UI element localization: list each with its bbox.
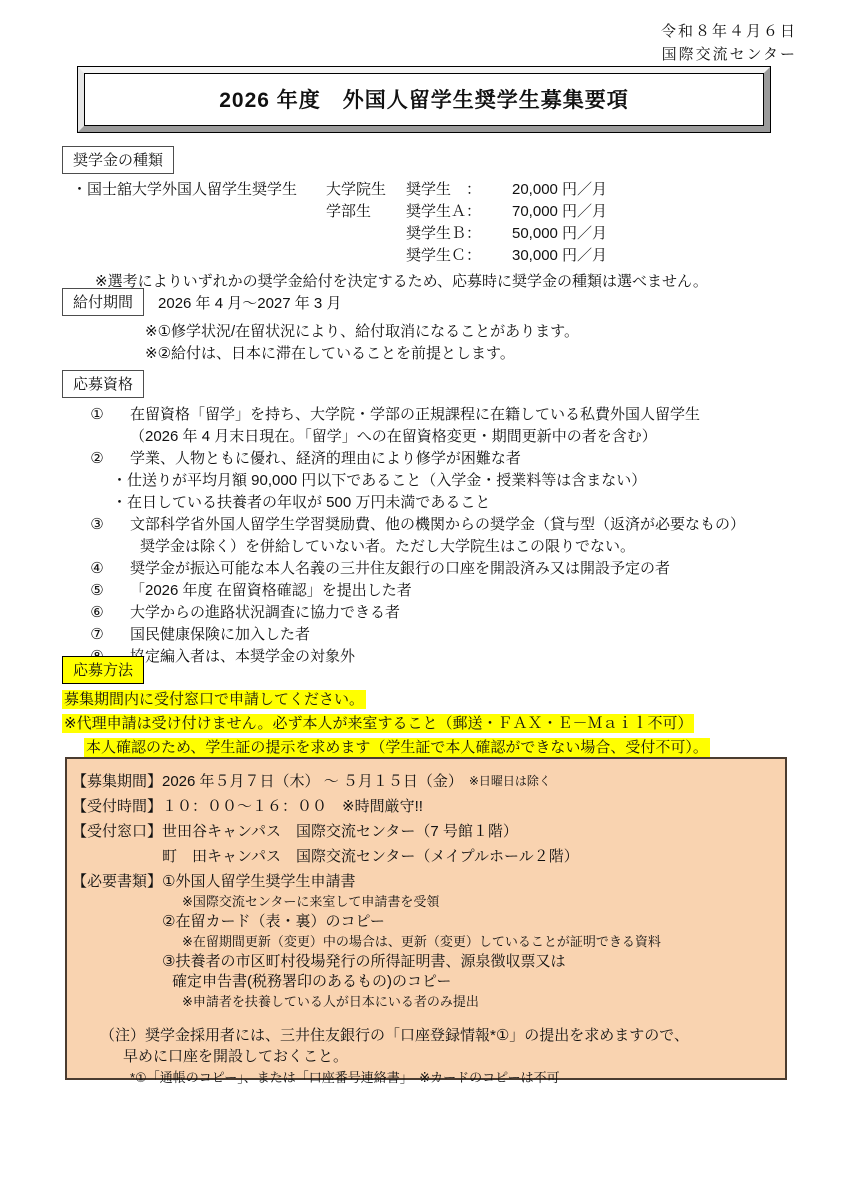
row-value: 2026 年５月７日（木） ～ ５月１５日（金） — [162, 771, 463, 792]
type-label: 奨学生Ｃ： — [406, 245, 498, 267]
list-item: ④ 奨学金が振込可能な本人名義の三井住友銀行の口座を開設済み又は開設予定の者 — [62, 558, 802, 580]
list-item: ⑥ 大学からの進路状況調査に協力できる者 — [62, 602, 802, 624]
doc-note: ※在留期間更新（変更）中の場合は、更新（変更）していることが証明できる資料 — [72, 932, 775, 952]
section-payment-period: 給付期間 2026 年 4 月～2027 年 3 月 ※①修学状況/在留状況によ… — [62, 288, 802, 365]
eligibility-list: ① 在留資格「留学」を持ち、大学院・学部の正規課程に在籍している私費外国人留学生… — [62, 404, 802, 668]
highlighted-text: ※代理申請は受け付けません。必ず本人が来室すること（郵送・ＦＡＸ・Ｅ－Ｍａｉｌ不… — [62, 714, 694, 733]
payment-period-value: 2026 年 4 月～2027 年 3 月 — [158, 292, 341, 313]
doc-note: ※国際交流センターに来室して申請書を受領 — [72, 892, 775, 912]
scholarship-name — [62, 223, 326, 245]
type-amount: 50,000 円／月 — [512, 223, 607, 245]
application-info-box: 【募集期間】 2026 年５月７日（木） ～ ５月１５日（金） ※日曜日は除く … — [65, 757, 787, 1080]
type-label: 奨学生Ｂ： — [406, 223, 498, 245]
doc-item-cont: 確定申告書(税務署印のあるもの)のコピー — [72, 972, 775, 992]
item-text: 国民健康保険に加入した者 — [130, 624, 310, 646]
item-text: （2026 年 4 月末日現在。「留学」への在留資格変更・期間更新中の者を含む） — [130, 426, 657, 448]
item-number: ① — [84, 404, 110, 426]
scholarship-types-header: 奨学金の種類 — [62, 146, 174, 174]
item-text: 「2026 年度 在留資格確認」を提出した者 — [130, 580, 412, 602]
section-scholarship-types: 奨学金の種類 ・国士舘大学外国人留学生奨学生 大学院生 奨学生 ： 20,000… — [62, 146, 802, 293]
row-value: １０：００～１６：００ ※時間厳守!! — [162, 796, 423, 817]
payment-period-line: 給付期間 2026 年 4 月～2027 年 3 月 — [62, 288, 802, 316]
item-text: 文部科学省外国人留学生学習奨励費、他の機関からの奨学金（貸与型（返済が必要なもの… — [130, 514, 745, 536]
eligibility-header: 応募資格 — [62, 370, 144, 398]
caution-line: 早めに口座を開設しておくこと。 — [72, 1046, 775, 1067]
table-row: 学部生 奨学生Ａ： 70,000 円／月 — [62, 201, 802, 223]
item-text: 奨学金は除く）を併給していない者。ただし大学院生はこの限りでない。 — [140, 536, 635, 558]
doc-note: ※申請者を扶養している人が日本にいる者のみ提出 — [72, 992, 775, 1012]
table-row: 奨学生Ｃ： 30,000 円／月 — [62, 245, 802, 267]
item-text: 奨学金が振込可能な本人名義の三井住友銀行の口座を開設済み又は開設予定の者 — [130, 558, 670, 580]
scholarship-name: ・国士舘大学外国人留学生奨学生 — [62, 179, 326, 201]
page-title: 2026 年度 外国人留学生奨学生募集要項 — [84, 73, 764, 126]
doc-item: ③扶養者の市区町村役場発行の所得証明書、源泉徴収票又は — [72, 952, 775, 972]
row-label: 【受付時間】 — [72, 796, 162, 817]
item-number — [84, 536, 110, 558]
grade-label — [326, 223, 406, 245]
section-eligibility: 応募資格 ① 在留資格「留学」を持ち、大学院・学部の正規課程に在籍している私費外… — [62, 370, 802, 668]
reception-desk-row-2: 町 田キャンパス 国際交流センター（メイプルホール２階） — [72, 846, 775, 867]
document-page: 令和８年４月６日 国際交流センター 2026 年度 外国人留学生奨学生募集要項 … — [0, 0, 849, 1200]
scholarship-name — [62, 245, 326, 267]
doc-item: ①外国人留学生奨学生申請書 — [162, 871, 355, 892]
caution-line: （注）奨学金採用者には、三井住友銀行の「口座登録情報*①」の提出を求めますので、 — [72, 1025, 775, 1046]
item-number: ④ — [84, 558, 110, 580]
title-bevel: 2026 年度 外国人留学生奨学生募集要項 — [78, 67, 770, 132]
doc-item: ②在留カード（表・裏）のコピー — [72, 912, 775, 932]
item-number — [84, 492, 110, 514]
item-text: 在留資格「留学」を持ち、大学院・学部の正規課程に在籍している私費外国人留学生 — [130, 404, 700, 426]
recruit-period-row: 【募集期間】 2026 年５月７日（木） ～ ５月１５日（金） ※日曜日は除く — [72, 771, 775, 792]
item-text: ・仕送りが平均月額 90,000 円以下であること（入学金・授業料等は含まない） — [112, 470, 646, 492]
list-item: ② 学業、人物ともに優れ、経済的理由により修学が困難な者 — [62, 448, 802, 470]
list-item: ・仕送りが平均月額 90,000 円以下であること（入学金・授業料等は含まない） — [62, 470, 802, 492]
issue-date: 令和８年４月６日 — [661, 20, 797, 43]
type-label: 奨学生 ： — [406, 179, 498, 201]
grade-label: 学部生 — [326, 201, 406, 223]
list-item: 奨学金は除く）を併給していない者。ただし大学院生はこの限りでない。 — [62, 536, 802, 558]
list-item: ⑦ 国民健康保険に加入した者 — [62, 624, 802, 646]
item-number — [84, 470, 110, 492]
row-label: 【必要書類】 — [72, 871, 162, 892]
grade-label: 大学院生 — [326, 179, 406, 201]
item-number: ② — [84, 448, 110, 470]
caution-block: （注）奨学金採用者には、三井住友銀行の「口座登録情報*①」の提出を求めますので、… — [72, 1025, 775, 1088]
item-text: 学業、人物ともに優れ、経済的理由により修学が困難な者 — [130, 448, 521, 470]
header-date-block: 令和８年４月６日 国際交流センター — [661, 20, 797, 67]
list-item: ・在日している扶養者の年収が 500 万円未満であること — [62, 492, 802, 514]
issuing-org: 国際交流センター — [661, 43, 797, 66]
grade-label — [326, 245, 406, 267]
period-note: ※①修学状況/在留状況により、給付取消になることがあります。 — [145, 321, 802, 343]
table-row: ・国士舘大学外国人留学生奨学生 大学院生 奨学生 ： 20,000 円／月 — [62, 179, 802, 201]
method-line: ※代理申請は受け付けません。必ず本人が来室すること（郵送・ＦＡＸ・Ｅ－Ｍａｉｌ不… — [62, 712, 802, 736]
required-docs-row: 【必要書類】 ①外国人留学生奨学生申請書 — [72, 871, 775, 892]
caution-line: *①「通帳のコピー」、または「口座番号連絡書」 ※カードのコピーは不可 — [72, 1067, 775, 1088]
item-number — [84, 426, 110, 448]
item-number: ⑦ — [84, 624, 110, 646]
item-text: ・在日している扶養者の年収が 500 万円未満であること — [112, 492, 490, 514]
type-amount: 30,000 円／月 — [512, 245, 607, 267]
table-row: 奨学生Ｂ： 50,000 円／月 — [62, 223, 802, 245]
scholarship-name — [62, 201, 326, 223]
item-text: 大学からの進路状況調査に協力できる者 — [130, 602, 400, 624]
title-frame: 2026 年度 外国人留学生奨学生募集要項 — [77, 66, 771, 133]
row-label: 【募集期間】 — [72, 771, 162, 792]
list-item: （2026 年 4 月末日現在。「留学」への在留資格変更・期間更新中の者を含む） — [62, 426, 802, 448]
scholarship-type-table: ・国士舘大学外国人留学生奨学生 大学院生 奨学生 ： 20,000 円／月 学部… — [62, 179, 802, 267]
section-application-method: 応募方法 募集期間内に受付窓口で申請してください。 ※代理申請は受け付けません。… — [62, 656, 802, 760]
item-number: ⑤ — [84, 580, 110, 602]
payment-period-header: 給付期間 — [62, 288, 144, 316]
type-amount: 20,000 円／月 — [512, 179, 607, 201]
list-item: ⑤ 「2026 年度 在留資格確認」を提出した者 — [62, 580, 802, 602]
application-method-header: 応募方法 — [62, 656, 144, 684]
payment-period-notes: ※①修学状況/在留状況により、給付取消になることがあります。 ※②給付は、日本に… — [145, 321, 802, 365]
reception-desk-row: 【受付窓口】 世田谷キャンパス 国際交流センター（7 号館１階） — [72, 821, 775, 842]
row-value: 世田谷キャンパス 国際交流センター（7 号館１階） — [162, 821, 518, 842]
row-note: ※日曜日は除く — [469, 771, 551, 792]
highlighted-text: 本人確認のため、学生証の提示を求めます（学生証で本人確認ができない場合、受付不可… — [84, 738, 710, 757]
item-number: ③ — [84, 514, 110, 536]
type-label: 奨学生Ａ： — [406, 201, 498, 223]
method-line: 募集期間内に受付窓口で申請してください。 — [62, 688, 802, 712]
row-label: 【受付窓口】 — [72, 821, 162, 842]
highlighted-text: 募集期間内に受付窓口で申請してください。 — [62, 690, 366, 709]
list-item: ③ 文部科学省外国人留学生学習奨励費、他の機関からの奨学金（貸与型（返済が必要な… — [62, 514, 802, 536]
item-number: ⑥ — [84, 602, 110, 624]
reception-time-row: 【受付時間】 １０：００～１６：００ ※時間厳守!! — [72, 796, 775, 817]
application-method-lines: 募集期間内に受付窓口で申請してください。 ※代理申請は受け付けません。必ず本人が… — [62, 688, 802, 760]
period-note: ※②給付は、日本に滞在していることを前提とします。 — [145, 343, 802, 365]
list-item: ① 在留資格「留学」を持ち、大学院・学部の正規課程に在籍している私費外国人留学生 — [62, 404, 802, 426]
type-amount: 70,000 円／月 — [512, 201, 607, 223]
